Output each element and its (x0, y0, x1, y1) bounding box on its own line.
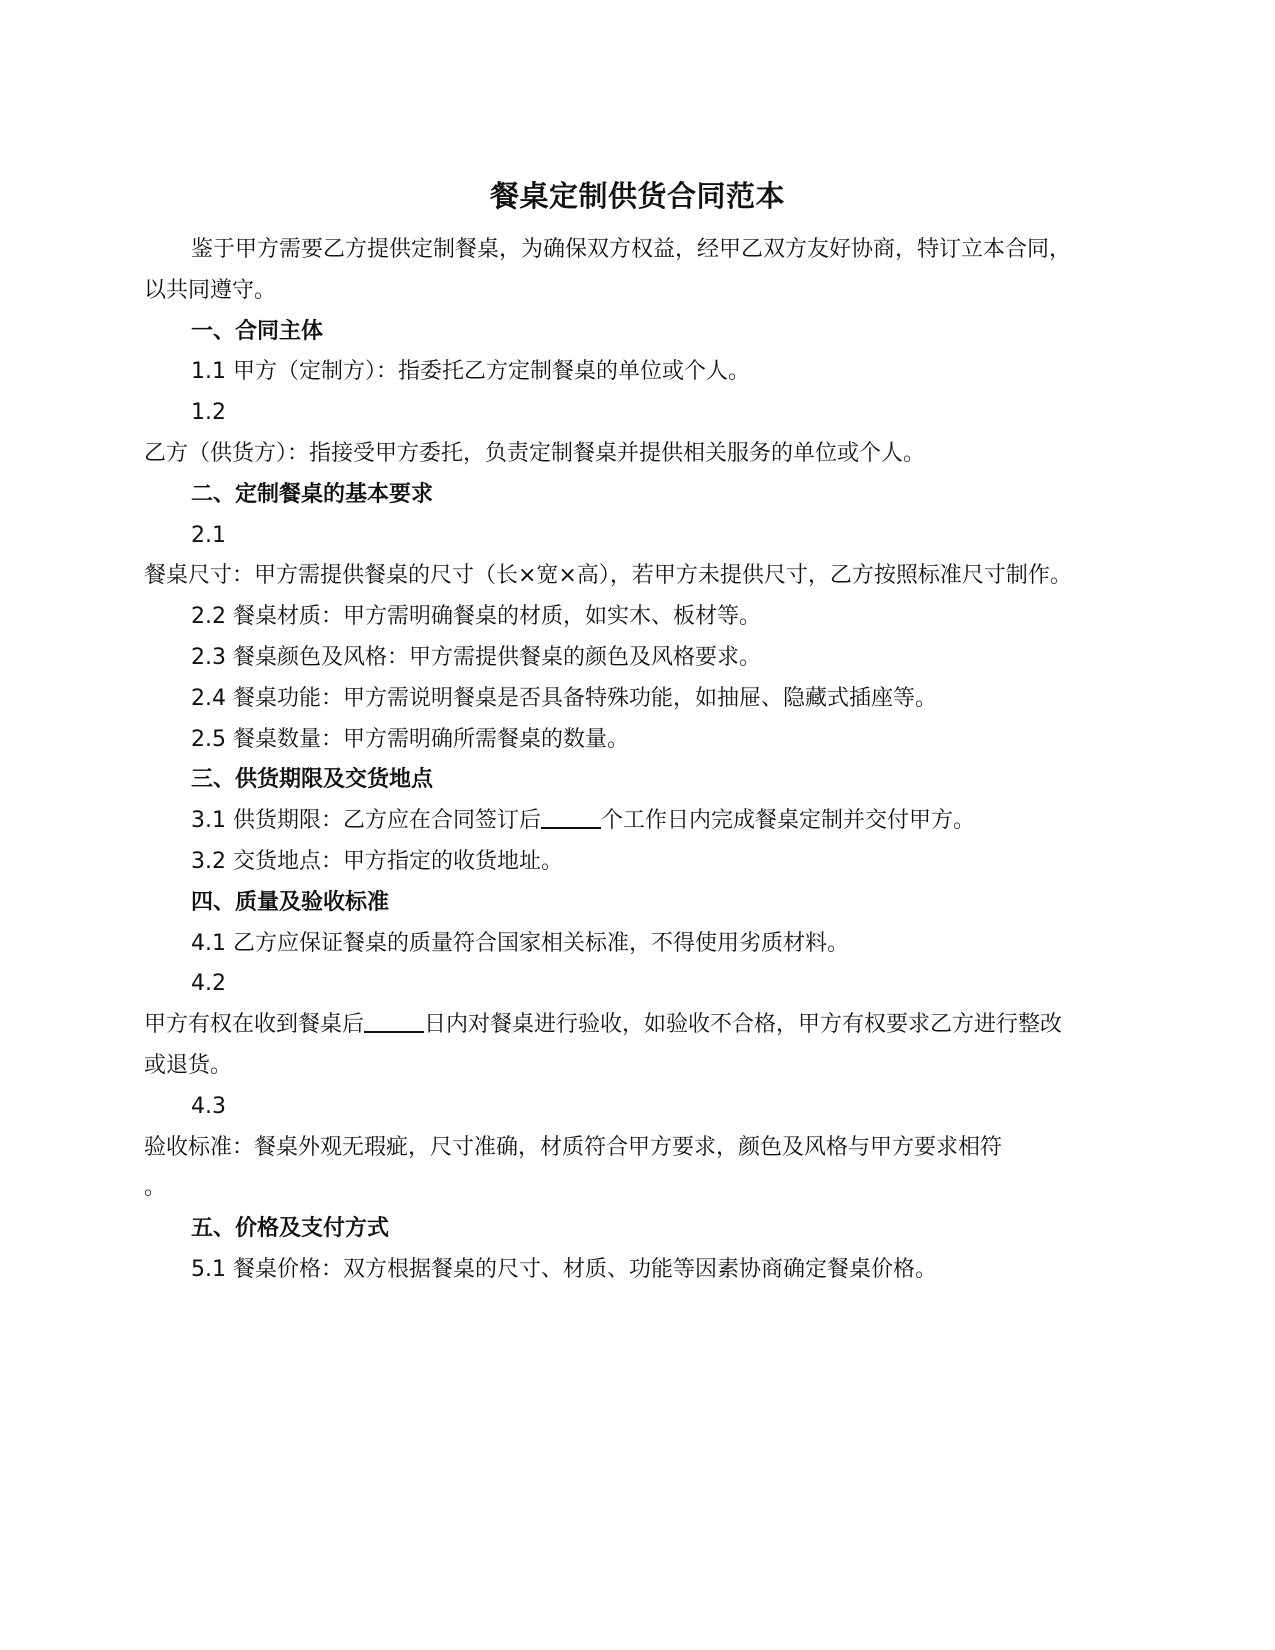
intro-paragraph: 鉴于甲方需要乙方提供定制餐桌，为确保双方权益，经甲乙双方友好协商，特订立本合同，… (144, 230, 1076, 312)
clause-number: 3.2 (191, 849, 226, 874)
document-body: 鉴于甲方需要乙方提供定制餐桌，为确保双方权益，经甲乙双方友好协商，特订立本合同，… (144, 230, 1076, 1291)
clause-5-1: 5.1 餐桌价格：双方根据餐桌的尺寸、材质、功能等因素协商确定餐桌价格。 (144, 1250, 1076, 1291)
clause-number: 1.1 (191, 359, 226, 384)
clause-number: 2.2 (191, 604, 226, 629)
clause-number: 2.5 (191, 727, 226, 752)
clause-text: 餐桌功能：甲方需说明餐桌是否具备特殊功能，如抽屉、隐藏式插座等。 (233, 686, 937, 711)
clause-number: 5.1 (191, 1257, 226, 1282)
clause-text-4-3: 验收标准：餐桌外观无瑕疵，尺寸准确，材质符合甲方要求，颜色及风格与甲方要求相符 (144, 1128, 1076, 1169)
clause-text: 交货地点：甲方指定的收货地址。 (233, 849, 563, 874)
clause-text: 甲方（定制方）：指委托乙方定制餐桌的单位或个人。 (233, 359, 750, 384)
clause-2-2: 2.2 餐桌材质：甲方需明确餐桌的材质，如实木、板材等。 (144, 597, 1076, 638)
clause-text: 餐桌价格：双方根据餐桌的尺寸、材质、功能等因素协商确定餐桌价格。 (233, 1257, 937, 1282)
clause-number-1-2: 1.2 (144, 393, 1076, 434)
section-heading-5: 五、价格及支付方式 (144, 1209, 1076, 1250)
clause-2-4: 2.4 餐桌功能：甲方需说明餐桌是否具备特殊功能，如抽屉、隐藏式插座等。 (144, 679, 1076, 720)
clause-2-3: 2.3 餐桌颜色及风格：甲方需提供餐桌的颜色及风格要求。 (144, 638, 1076, 679)
clause-text-after: 个工作日内完成餐桌定制并交付甲方。 (601, 808, 975, 833)
document-title: 餐桌定制供货合同范本 (0, 176, 1275, 216)
clause-text-before: 供货期限：乙方应在合同签订后 (233, 808, 541, 833)
section-heading-2: 二、定制餐桌的基本要求 (144, 475, 1076, 516)
clause-number-2-1: 2.1 (144, 516, 1076, 557)
clause-1-1: 1.1 甲方（定制方）：指委托乙方定制餐桌的单位或个人。 (144, 352, 1076, 393)
clause-text: 餐桌颜色及风格：甲方需提供餐桌的颜色及风格要求。 (233, 645, 761, 670)
document-page: 餐桌定制供货合同范本 鉴于甲方需要乙方提供定制餐桌，为确保双方权益，经甲乙双方友… (0, 0, 1275, 1650)
clause-2-5: 2.5 餐桌数量：甲方需明确所需餐桌的数量。 (144, 720, 1076, 761)
clause-number-4-3: 4.3 (144, 1087, 1076, 1128)
section-heading-3: 三、供货期限及交货地点 (144, 760, 1076, 801)
clause-tail-4-3: 。 (144, 1168, 1076, 1209)
clause-text: 餐桌数量：甲方需明确所需餐桌的数量。 (233, 727, 629, 752)
clause-number: 3.1 (191, 808, 226, 833)
clause-3-2: 3.2 交货地点：甲方指定的收货地址。 (144, 842, 1076, 883)
clause-3-1: 3.1 供货期限：乙方应在合同签订后个工作日内完成餐桌定制并交付甲方。 (144, 801, 1076, 842)
clause-text-before: 甲方有权在收到餐桌后 (144, 1012, 364, 1037)
clause-number: 2.4 (191, 686, 226, 711)
fill-in-blank-days[interactable] (541, 805, 601, 829)
clause-text-1-2: 乙方（供货方）：指接受甲方委托，负责定制餐桌并提供相关服务的单位或个人。 (144, 434, 1076, 475)
clause-number: 4.1 (191, 931, 226, 956)
clause-text-4-2: 甲方有权在收到餐桌后日内对餐桌进行验收，如验收不合格，甲方有权要求乙方进行整改或… (144, 1005, 1076, 1087)
clause-number-4-2: 4.2 (144, 964, 1076, 1005)
section-heading-1: 一、合同主体 (144, 312, 1076, 353)
clause-text: 餐桌材质：甲方需明确餐桌的材质，如实木、板材等。 (233, 604, 761, 629)
fill-in-blank-inspection-days[interactable] (364, 1009, 424, 1033)
clause-text-2-1: 餐桌尺寸：甲方需提供餐桌的尺寸（长×宽×高），若甲方未提供尺寸，乙方按照标准尺寸… (144, 556, 1076, 597)
clause-text: 乙方应保证餐桌的质量符合国家相关标准，不得使用劣质材料。 (233, 931, 849, 956)
section-heading-4: 四、质量及验收标准 (144, 883, 1076, 924)
clause-4-1: 4.1 乙方应保证餐桌的质量符合国家相关标准，不得使用劣质材料。 (144, 924, 1076, 965)
clause-number: 2.3 (191, 645, 226, 670)
